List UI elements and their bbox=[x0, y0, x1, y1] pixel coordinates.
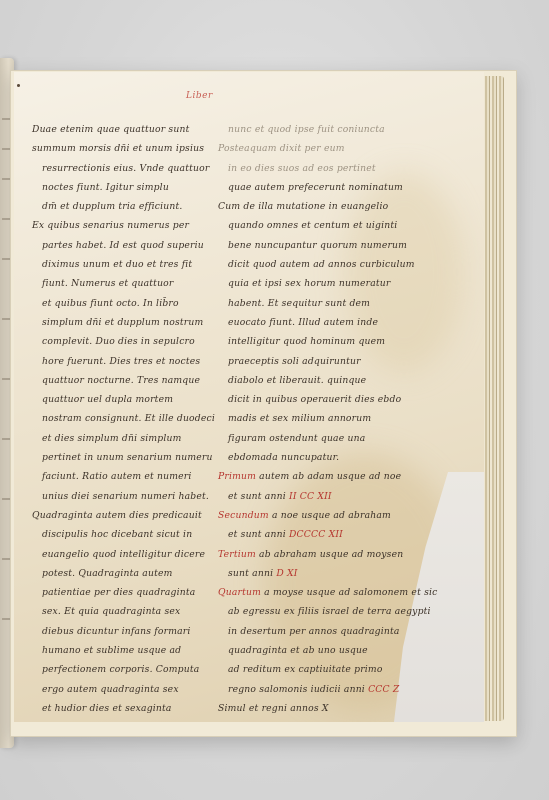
gutter-mark bbox=[17, 84, 20, 87]
line-text: a moyse usque ad salomonem et sic bbox=[261, 587, 437, 598]
line-text: et dies simplum dn̄i simplum bbox=[42, 433, 182, 444]
line-text: Quadraginta autem dies predicauit bbox=[32, 510, 202, 521]
manuscript-line: et hudior dies et sexaginta bbox=[32, 699, 215, 718]
line-text: euocato fiunt. Illud autem inde bbox=[228, 317, 378, 328]
line-text: humano et sublime usque ad bbox=[42, 645, 181, 656]
line-text: quattuor nocturne. Tres namque bbox=[42, 375, 200, 386]
manuscript-line: et dies simplum dn̄i simplum bbox=[32, 429, 215, 448]
line-text: sex. Et quia quadraginta sex bbox=[42, 606, 180, 617]
line-text: diabolo et liberauit. quinque bbox=[228, 375, 366, 386]
line-text: madis et sex milium annorum bbox=[228, 413, 371, 424]
running-head: Liber bbox=[186, 91, 213, 101]
manuscript-line: complevit. Duo dies in sepulcro bbox=[32, 332, 215, 351]
line-text: diebus dicuntur infans formari bbox=[42, 626, 191, 637]
manuscript-line: dicit quod autem ad annos curbiculum bbox=[218, 255, 437, 274]
line-text: dicit quod autem ad annos curbiculum bbox=[228, 259, 415, 270]
line-text: pertinet in unum senarium numeru bbox=[42, 452, 213, 463]
manuscript-line: Quartum a moyse usque ad salomonem et si… bbox=[218, 583, 437, 602]
line-text: et quibus fiunt octo. In lib̄ro bbox=[42, 298, 179, 309]
line-text: regno salomonis iudicii anni bbox=[228, 684, 365, 695]
manuscript-line: et sunt anni II CC XII bbox=[218, 487, 437, 506]
line-text: partes habet. Id est quod superiu bbox=[42, 240, 204, 251]
manuscript-line: Posteaquam dixit per eum bbox=[218, 139, 437, 158]
rubric-numeral: DCCCC XII bbox=[289, 529, 343, 540]
line-text: Duae etenim quae quattuor sunt bbox=[32, 124, 189, 135]
line-text: quattuor uel dupla mortem bbox=[42, 394, 173, 405]
manuscript-line: quattuor nocturne. Tres namque bbox=[32, 371, 215, 390]
manuscript-line: Ex quibus senarius numerus per bbox=[32, 216, 215, 235]
line-text: in eo dies suos ad eos pertinet bbox=[228, 163, 376, 174]
manuscript-line: quattuor uel dupla mortem bbox=[32, 390, 215, 409]
manuscript-line: ergo autem quadraginta sex bbox=[32, 680, 215, 699]
line-text: diximus unum et duo et tres fit bbox=[42, 259, 192, 270]
left-text-column: Duae etenim quae quattuor suntsummum mor… bbox=[32, 120, 215, 722]
manuscript-line: quia et ipsi sex horum numeratur bbox=[218, 274, 437, 293]
line-text: et sunt anni bbox=[228, 491, 289, 502]
manuscript-line: ad reditum ex captiuitate primo bbox=[218, 660, 437, 679]
line-text: Cum de illa mutatione in euangelio bbox=[218, 201, 388, 212]
line-text: nostram consignunt. Et ille duodeci bbox=[42, 413, 215, 424]
manuscript-line: noctes fiunt. Igitur simplu bbox=[32, 178, 215, 197]
right-text-column: nunc et quod ipse fuit coniunctaPosteaqu… bbox=[218, 120, 437, 722]
manuscript-line: Secundum a noe usque ad abraham bbox=[218, 506, 437, 525]
manuscript-line: praeceptis soli adquiruntur bbox=[218, 352, 437, 371]
line-text: fiunt. Numerus et quattuor bbox=[42, 278, 174, 289]
manuscript-line: habent. Et sequitur sunt dem bbox=[218, 294, 437, 313]
line-text: ad reditum ex captiuitate primo bbox=[228, 664, 383, 675]
manuscript-line: summum morsis dn̄i et unum ipsius bbox=[32, 139, 215, 158]
rubric-numeral: II CC XII bbox=[289, 491, 332, 502]
manuscript-line: et sunt anni DCCCC XII bbox=[218, 525, 437, 544]
line-text: patientiae per dies quadraginta bbox=[42, 587, 195, 598]
manuscript-line: Cum de illa mutatione in euangelio bbox=[218, 197, 437, 216]
manuscript-line: potest. Quadraginta autem bbox=[32, 564, 215, 583]
manuscript-line: sex. Et quia quadraginta sex bbox=[32, 602, 215, 621]
manuscript-line: faciunt. Ratio autem et numeri bbox=[32, 467, 215, 486]
line-text: faciunt. Ratio autem et numeri bbox=[42, 471, 192, 482]
line-text: simplum dn̄i et dupplum nostrum bbox=[42, 317, 203, 328]
line-text: habent. Et sequitur sunt dem bbox=[228, 298, 370, 309]
line-text: dm̄ et dupplum tria efficiunt. bbox=[42, 201, 183, 212]
manuscript-line: bene nuncupantur quorum numerum bbox=[218, 236, 437, 255]
manuscript-line: in eo dies suos ad eos pertinet bbox=[218, 159, 437, 178]
rubric-initial: Primum bbox=[218, 471, 256, 482]
manuscript-line: sex qui fuerunt morti nobis dedie bbox=[32, 718, 215, 722]
manuscript-line: ab egressu ex filiis israel de terra aeg… bbox=[218, 602, 437, 621]
rubric-numeral: CCC Z bbox=[365, 684, 400, 695]
manuscript-line: euangelio quod intelligitur dicere bbox=[32, 545, 215, 564]
manuscript-line: hore fuerunt. Dies tres et noctes bbox=[32, 352, 215, 371]
manuscript-line: unius diei senarium numeri habet. bbox=[32, 487, 215, 506]
line-text: quia et ipsi sex horum numeratur bbox=[228, 278, 390, 289]
manuscript-line: quae autem prefecerunt nominatum bbox=[218, 178, 437, 197]
line-text: quae autem prefecerunt nominatum bbox=[228, 182, 403, 193]
manuscript-line: intelligitur quod hominum quem bbox=[218, 332, 437, 351]
manuscript-line: perfectionem corporis. Computa bbox=[32, 660, 215, 679]
line-text: quando omnes et centum et uiginti bbox=[228, 220, 397, 231]
manuscript-line: patientiae per dies quadraginta bbox=[32, 583, 215, 602]
manuscript-line: resurrectionis eius. Vnde quattuor bbox=[32, 159, 215, 178]
line-text: figuram ostendunt quae una bbox=[228, 433, 365, 444]
line-text: dicit in quibus operauerit dies ebdo bbox=[228, 394, 401, 405]
line-text: Simul et regni annos X bbox=[218, 703, 329, 714]
manuscript-line: dm̄ et dupplum tria efficiunt. bbox=[32, 197, 215, 216]
rubric-initial: Secundum bbox=[218, 510, 269, 521]
manuscript-line: figuram ostendunt quae una bbox=[218, 429, 437, 448]
line-text: ab egressu ex filiis israel de terra aeg… bbox=[228, 606, 431, 617]
line-text: ab abraham usque ad moysen bbox=[256, 549, 403, 560]
line-text: euangelio quod intelligitur dicere bbox=[42, 549, 205, 560]
manuscript-line: humano et sublime usque ad bbox=[32, 641, 215, 660]
manuscript-line: regno salomonis iudicii anni CCC Z bbox=[218, 680, 437, 699]
line-text: in desertum per annos quadraginta bbox=[228, 626, 400, 637]
line-text: praeceptis soli adquiruntur bbox=[228, 356, 361, 367]
line-text: bene nuncupantur quorum numerum bbox=[228, 240, 407, 251]
manuscript-line: et quibus fiunt octo. In lib̄ro bbox=[32, 294, 215, 313]
line-text: Ex quibus senarius numerus per bbox=[32, 220, 189, 231]
manuscript-line: Tertium ab abraham usque ad moysen bbox=[218, 545, 437, 564]
line-text: noctes fiunt. Igitur simplu bbox=[42, 182, 169, 193]
manuscript-line: quadraginta et ab uno usque bbox=[218, 641, 437, 660]
manuscript-line: ebdomada nuncupatur. bbox=[218, 448, 437, 467]
manuscript-line: dicit in quibus operauerit dies ebdo bbox=[218, 390, 437, 409]
manuscript-line: partes habet. Id est quod superiu bbox=[32, 236, 215, 255]
line-text: et sunt anni bbox=[228, 529, 289, 540]
manuscript-line: Simul et regni annos X bbox=[218, 699, 437, 718]
manuscript-line: Duae etenim quae quattuor sunt bbox=[32, 120, 215, 139]
line-text: intelligitur quod hominum quem bbox=[228, 336, 385, 347]
manuscript-line: diebus dicuntur infans formari bbox=[32, 622, 215, 641]
manuscript-line: in desertum per annos quadraginta bbox=[218, 622, 437, 641]
line-text: resurrectionis eius. Vnde quattuor bbox=[42, 163, 209, 174]
line-text: discipulis hoc dicebant sicut in bbox=[42, 529, 192, 540]
manuscript-page: Liber Duae etenim quae quattuor suntsumm… bbox=[14, 72, 484, 722]
rubric-initial: Tertium bbox=[218, 549, 256, 560]
line-text: ebdomada nuncupatur. bbox=[228, 452, 339, 463]
line-text: perfectionem corporis. Computa bbox=[42, 664, 199, 675]
manuscript-line: diximus unum et duo et tres fit bbox=[32, 255, 215, 274]
rubric-initial: Quartum bbox=[218, 587, 261, 598]
line-text: Posteaquam dixit per eum bbox=[218, 143, 345, 154]
manuscript-line: madis et sex milium annorum bbox=[218, 409, 437, 428]
line-text: et hudior dies et sexaginta bbox=[42, 703, 172, 714]
manuscript-line: fiunt. Numerus et quattuor bbox=[32, 274, 215, 293]
line-text: summum morsis dn̄i et unum ipsius bbox=[32, 143, 204, 154]
line-text: potest. Quadraginta autem bbox=[42, 568, 173, 579]
manuscript-line: nunc et quod ipse fuit coniuncta bbox=[218, 120, 437, 139]
line-text: hore fuerunt. Dies tres et noctes bbox=[42, 356, 200, 367]
manuscript-line: discipulis hoc dicebant sicut in bbox=[32, 525, 215, 544]
line-text: complevit. Duo dies in sepulcro bbox=[42, 336, 195, 347]
line-text: quadraginta et ab uno usque bbox=[228, 645, 368, 656]
manuscript-line: A diluvio usque ad dedicationem bbox=[218, 718, 437, 722]
manuscript-line: Primum autem ab adam usque ad noe bbox=[218, 467, 437, 486]
manuscript-line: euocato fiunt. Illud autem inde bbox=[218, 313, 437, 332]
line-text: autem ab adam usque ad noe bbox=[256, 471, 401, 482]
line-text: unius diei senarium numeri habet. bbox=[42, 491, 209, 502]
line-text: a noe usque ad abraham bbox=[269, 510, 391, 521]
line-text: nunc et quod ipse fuit coniuncta bbox=[228, 124, 385, 135]
manuscript-line: Quadraginta autem dies predicauit bbox=[32, 506, 215, 525]
manuscript-line: simplum dn̄i et dupplum nostrum bbox=[32, 313, 215, 332]
rubric-numeral: D XI bbox=[276, 568, 297, 579]
manuscript-line: nostram consignunt. Et ille duodeci bbox=[32, 409, 215, 428]
manuscript-line: quando omnes et centum et uiginti bbox=[218, 216, 437, 235]
manuscript-line: sunt anni D XI bbox=[218, 564, 437, 583]
manuscript-line: diabolo et liberauit. quinque bbox=[218, 371, 437, 390]
manuscript-line: pertinet in unum senarium numeru bbox=[32, 448, 215, 467]
line-text: sunt anni bbox=[228, 568, 276, 579]
line-text: ergo autem quadraginta sex bbox=[42, 684, 179, 695]
